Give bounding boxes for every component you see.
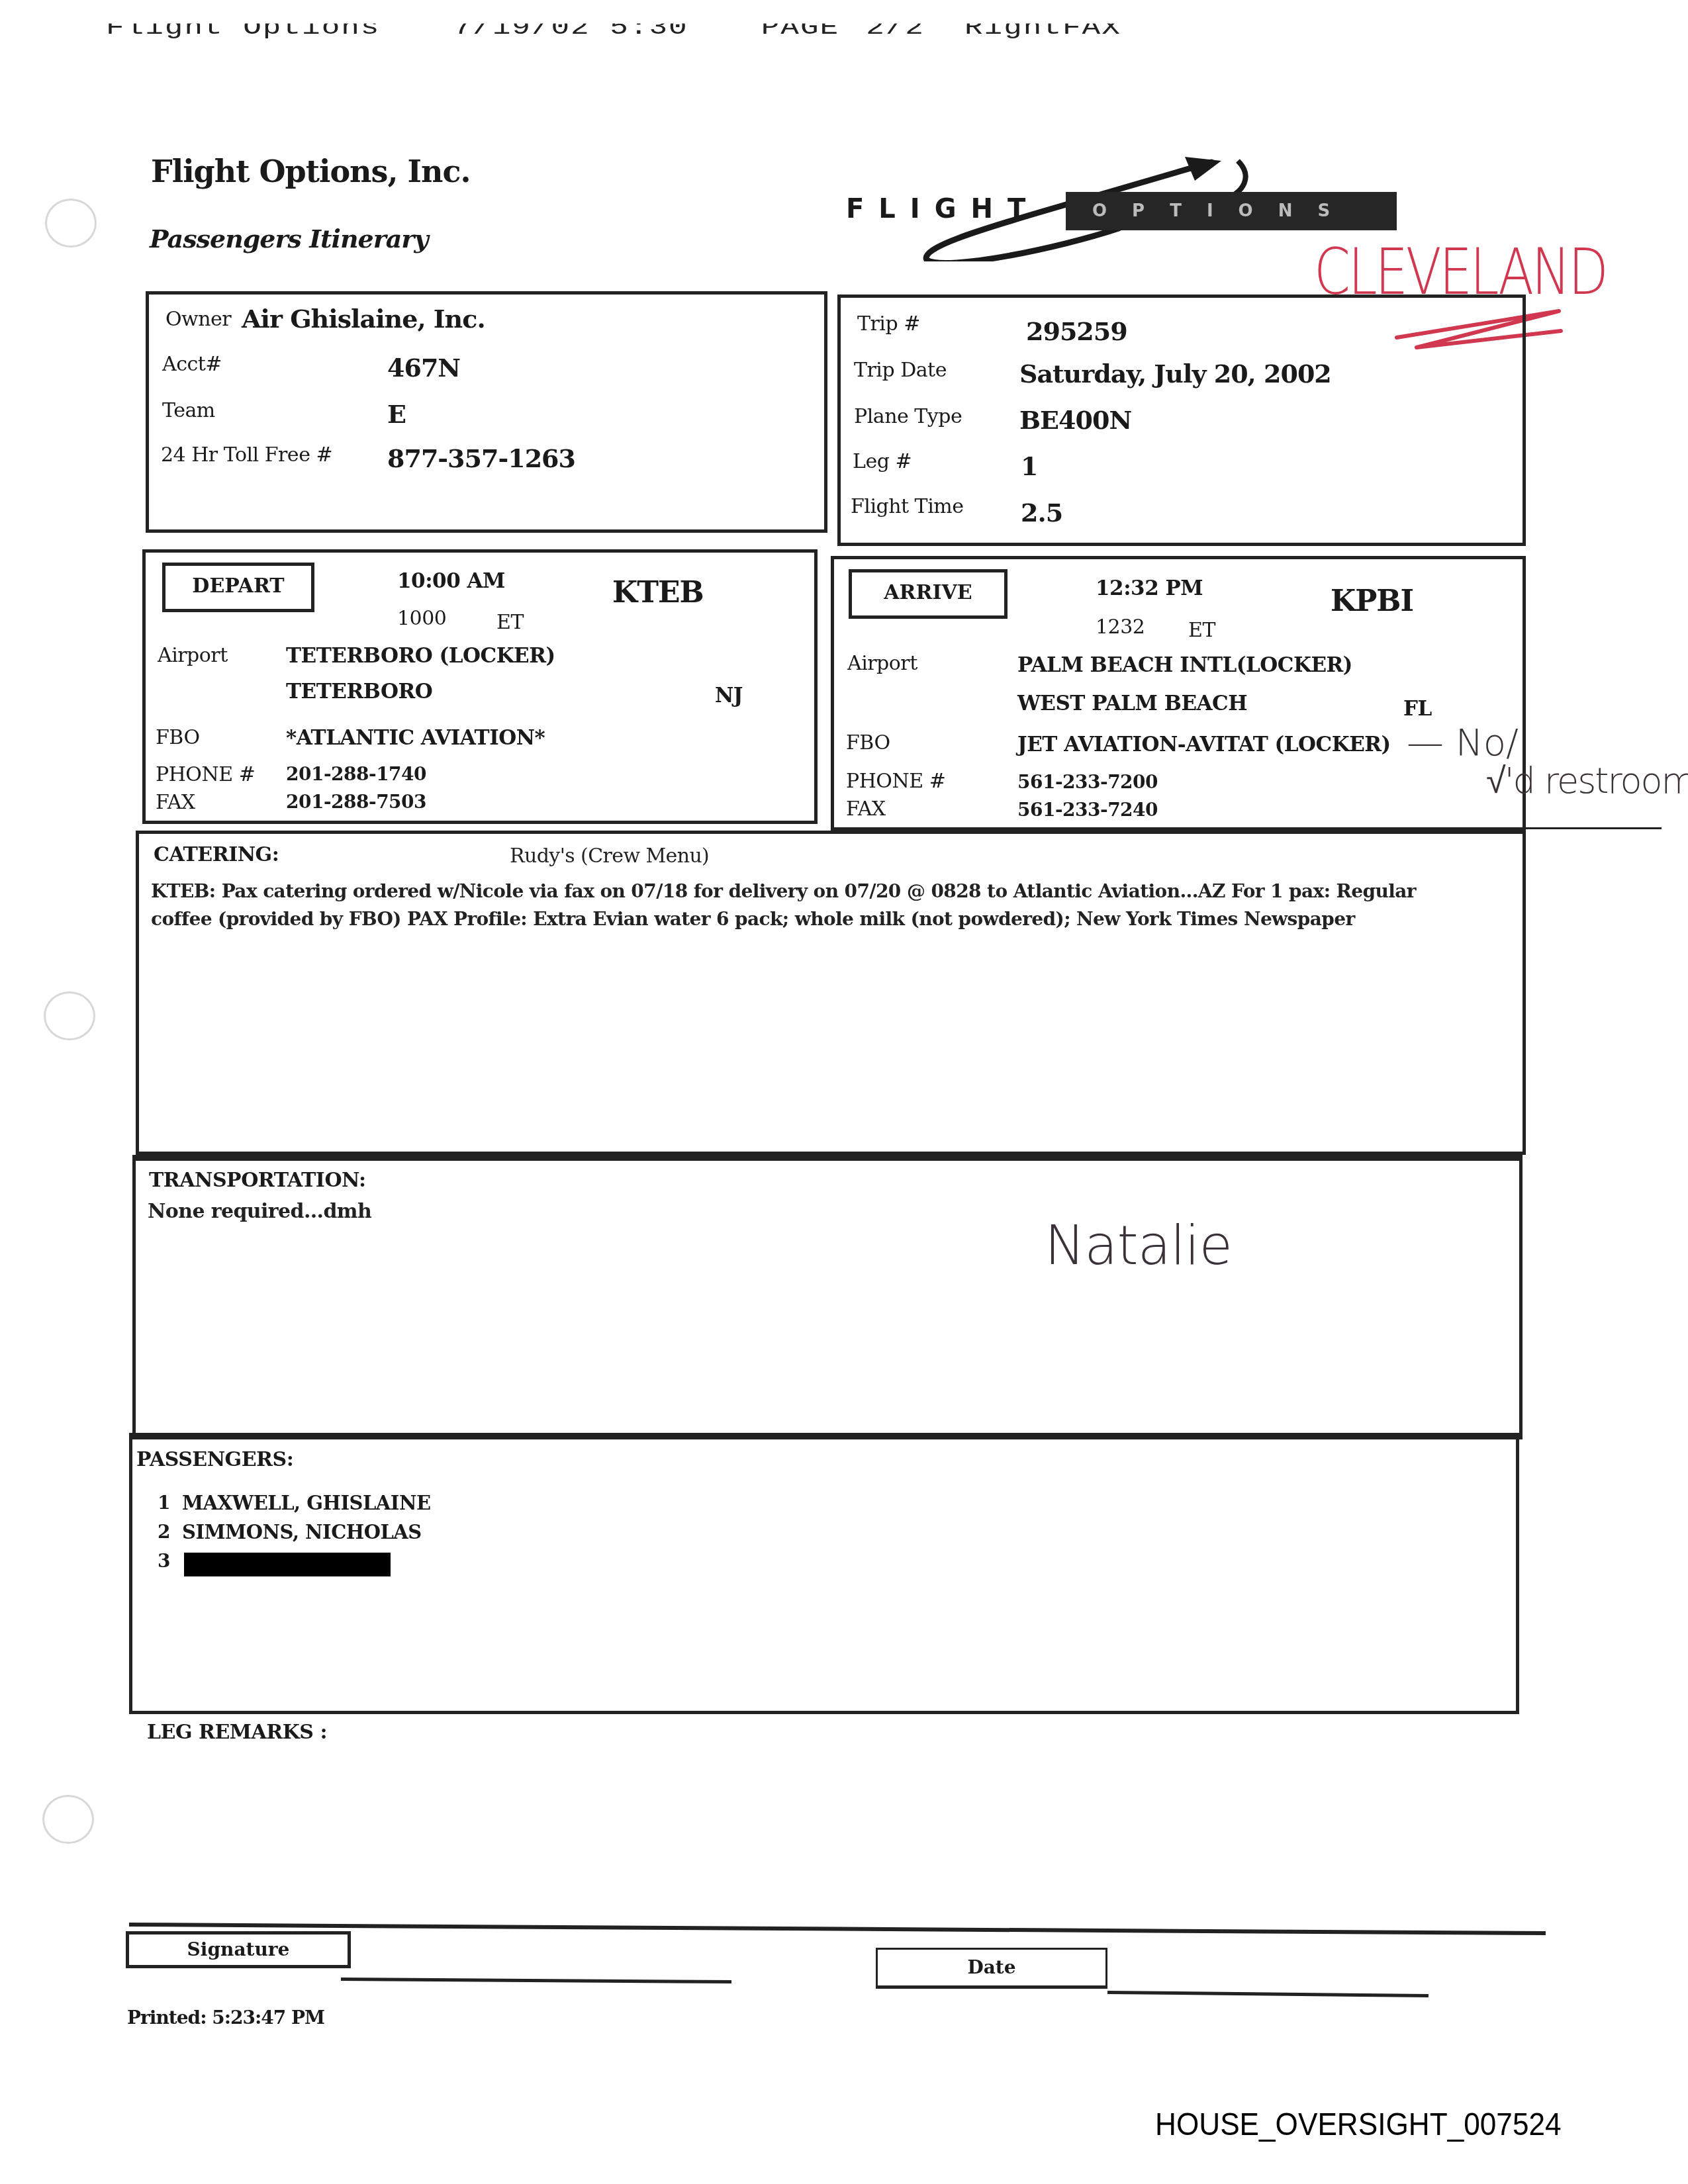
arrive-phone-label: PHONE # (846, 770, 945, 793)
leg-remarks-title: LEG REMARKS : (147, 1721, 327, 1744)
flight-time-value: 2.5 (1021, 498, 1062, 527)
arrive-fax-label: FAX (846, 797, 886, 821)
trip-date-label: Trip Date (854, 359, 947, 382)
depart-time: 10:00 AM (397, 569, 505, 593)
fax-page: 2/2 (866, 15, 925, 40)
plane-type-value: BE400N (1019, 405, 1131, 435)
handwritten-restroom-note-2: √'d restroom (1486, 760, 1688, 801)
hole-punch (44, 991, 95, 1040)
depart-airport-code: KTEB (612, 576, 704, 610)
passenger-name: SIMMONS, NICHOLAS (182, 1521, 422, 1543)
arrive-fbo: JET AVIATION-AVITAT (LOCKER) (1017, 733, 1391, 756)
depart-tag: DEPART (162, 563, 314, 612)
fax-sender: Flight Options (106, 15, 380, 40)
depart-city: TETERBORO (286, 680, 432, 704)
flight-time-label: Flight Time (851, 495, 963, 518)
depart-fbo: *ATLANTIC AVIATION* (286, 726, 545, 750)
fax-service: RightFAX (964, 15, 1121, 40)
transportation-text: None required...dmh (148, 1197, 371, 1226)
arrive-state: FL (1403, 697, 1432, 721)
arrive-time: 12:32 PM (1096, 576, 1203, 600)
fax-header: Flight Options7/19/02 5:30PAGE2/2RightFA… (106, 15, 1194, 40)
arrive-fbo-label: FBO (846, 731, 890, 754)
transportation-title: TRANSPORTATION: (149, 1169, 365, 1192)
depart-airport: TETERBORO (LOCKER) (286, 644, 555, 668)
arrive-city: WEST PALM BEACH (1017, 692, 1247, 715)
depart-fax-label: FAX (156, 791, 195, 814)
hole-punch (45, 199, 97, 248)
arrive-airport-code: KPBI (1331, 584, 1413, 618)
owner-value: Air Ghislaine, Inc. (242, 304, 485, 334)
depart-phone: 201-288-1740 (286, 763, 426, 785)
tollfree-value: 877-357-1263 (387, 443, 575, 473)
arrive-phone: 561-233-7200 (1017, 771, 1158, 793)
bates-number: HOUSE_OVERSIGHT_007524 (1155, 2107, 1562, 2143)
arrive-time-24h: 1232 (1096, 615, 1145, 639)
document-subtitle: Passengers Itinerary (150, 224, 428, 253)
owner-label: Owner (165, 308, 231, 331)
date-line (1107, 1991, 1429, 1997)
passenger-number: 2 (158, 1521, 170, 1543)
trip-number-label: Trip # (857, 312, 920, 336)
handwritten-natalie-note: Natalie (1045, 1214, 1232, 1277)
acct-label: Acct# (162, 353, 222, 376)
passenger-number: 1 (158, 1492, 170, 1514)
handwritten-underline (1483, 827, 1662, 829)
catering-title: CATERING: (154, 843, 279, 866)
arrive-timezone: ET (1188, 619, 1215, 642)
arrive-panel: ARRIVE 12:32 PM KPBI 1232 ET Airport PAL… (831, 556, 1526, 831)
transportation-section: TRANSPORTATION: None required...dmh (132, 1155, 1523, 1439)
passenger-number: 3 (158, 1550, 170, 1572)
arrive-airport: PALM BEACH INTL(LOCKER) (1017, 653, 1352, 677)
depart-fbo-label: FBO (156, 726, 200, 749)
arrive-tag: ARRIVE (849, 569, 1008, 619)
signature-line (341, 1978, 731, 1983)
date-label[interactable]: Date (876, 1948, 1107, 1989)
tollfree-label: 24 Hr Toll Free # (161, 443, 332, 467)
passengers-title: PASSENGERS: (136, 1448, 293, 1471)
catering-line-1: KTEB: Pax catering ordered w/Nicole via … (151, 877, 1416, 906)
depart-panel: DEPART 10:00 AM KTEB 1000 ET Airport TET… (142, 549, 818, 824)
arrive-fax: 561-233-7240 (1017, 799, 1158, 821)
leg-label: Leg # (853, 450, 912, 473)
owner-info-panel: Owner Air Ghislaine, Inc. Acct# 467N Tea… (146, 291, 827, 533)
signature-label[interactable]: Signature (126, 1931, 351, 1968)
logo-word: FLIGHT (846, 194, 1040, 224)
company-name: Flight Options, Inc. (151, 154, 470, 189)
redacted-passenger-name (184, 1553, 391, 1576)
trip-info-panel: Trip # 295259 Trip Date Saturday, July 2… (837, 295, 1526, 546)
depart-time-24h: 1000 (397, 607, 446, 630)
fax-datetime: 7/19/02 5:30 (453, 15, 688, 40)
fax-page-label: PAGE (761, 15, 839, 40)
trip-date-value: Saturday, July 20, 2002 (1019, 359, 1331, 388)
leg-value: 1 (1021, 451, 1037, 481)
passenger-name: MAXWELL, GHISLAINE (182, 1492, 431, 1514)
catering-vendor: Rudy's (Crew Menu) (510, 842, 709, 871)
logo-box: OPTIONS (1066, 192, 1397, 230)
trip-number-value: 295259 (1026, 316, 1127, 346)
handwritten-restroom-note-1: — No/ (1407, 721, 1519, 764)
depart-timezone: ET (496, 611, 524, 634)
team-label: Team (162, 399, 215, 422)
plane-type-label: Plane Type (854, 405, 962, 428)
catering-line-2: coffee (provided by FBO) PAX Profile: Ex… (151, 905, 1355, 934)
printed-timestamp: Printed: 5:23:47 PM (127, 2007, 324, 2028)
depart-fax: 201-288-7503 (286, 791, 426, 813)
passengers-section: PASSENGERS: 1 MAXWELL, GHISLAINE 2 SIMMO… (129, 1433, 1519, 1714)
arrive-airport-label: Airport (847, 652, 917, 675)
catering-section: CATERING: Rudy's (Crew Menu) KTEB: Pax c… (136, 831, 1526, 1155)
acct-value: 467N (387, 353, 460, 383)
team-value: E (387, 399, 406, 429)
depart-airport-label: Airport (158, 644, 228, 667)
depart-phone-label: PHONE # (156, 763, 255, 786)
depart-state: NJ (715, 684, 743, 707)
hole-punch (42, 1795, 94, 1844)
